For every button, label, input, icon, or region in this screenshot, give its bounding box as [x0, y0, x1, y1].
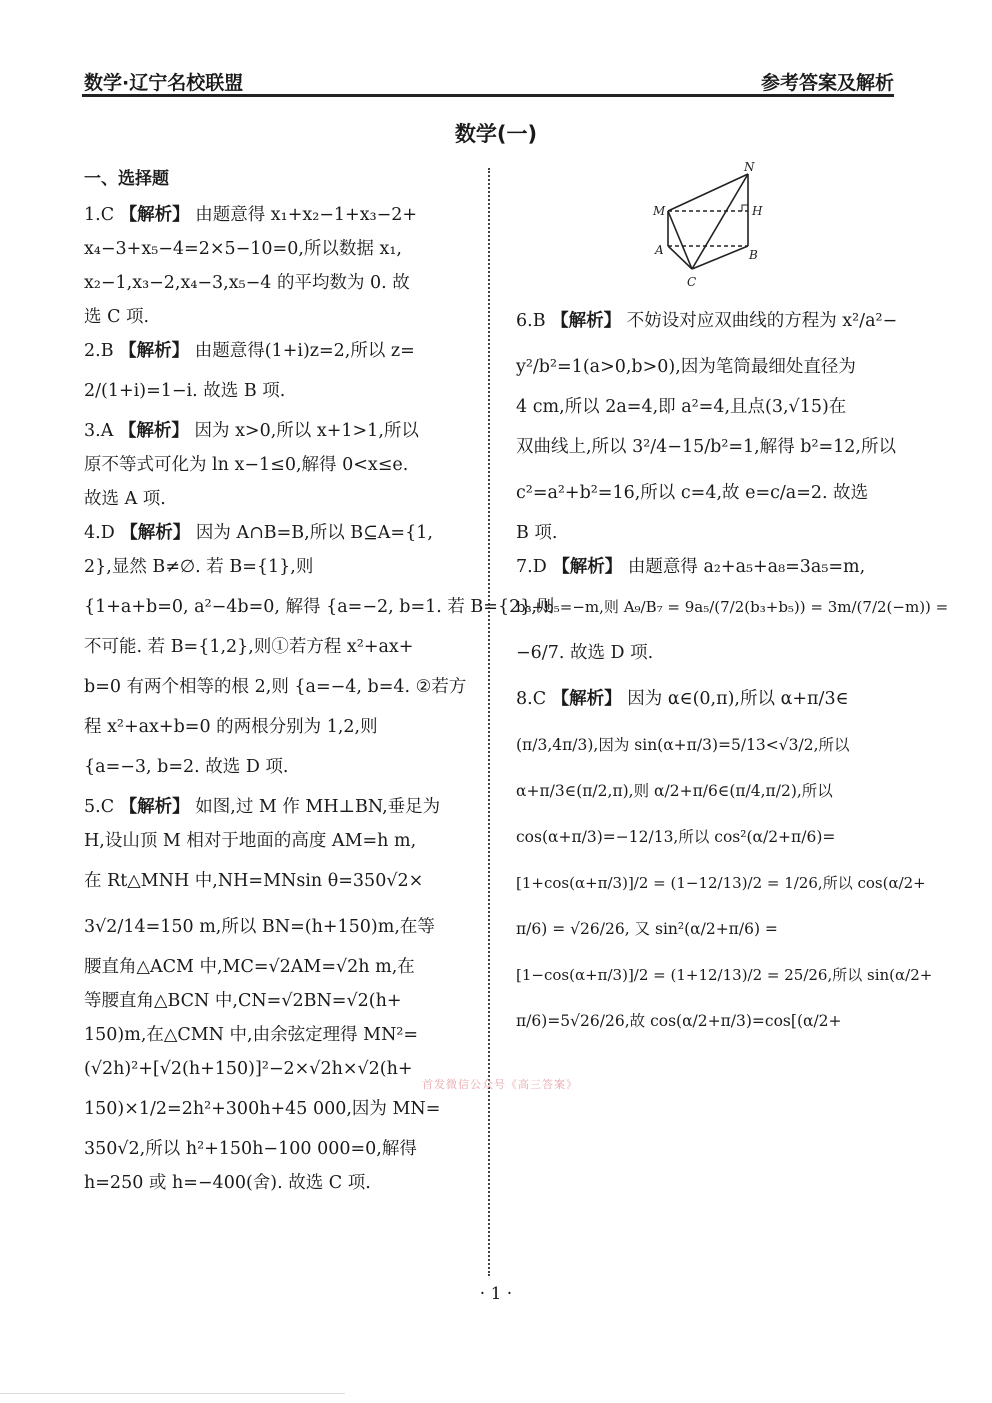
item-number: 8.: [516, 689, 533, 709]
label-m: M: [652, 204, 666, 218]
item-text: −6/7. 故选 D 项.: [538, 630, 894, 676]
item-text: [1−cos(α+π/3)]/2 = (1+12/13)/2 = 25/26,所…: [538, 952, 894, 998]
answer-item-2: 2.B 【解析】 由题意得(1+i)z=2,所以 z= 2/(1+i)=1−i.…: [84, 334, 482, 414]
footer-rule: [0, 1393, 345, 1394]
item-text: 故选 A 项.: [106, 482, 482, 516]
analysis-tag: 【解析】: [120, 797, 190, 817]
item-text: 2},显然 B≠∅. 若 B={1},则: [106, 550, 482, 584]
item-text: π/6)=5√26/26,故 cos(α/2+π/3)=cos[(α/2+: [538, 998, 894, 1044]
analysis-tag: 【解析】: [120, 205, 190, 225]
item-answer: C: [101, 797, 114, 817]
item-text: b=0 有两个相等的根 2,则 {a=−4, b=4. ②若方: [106, 664, 482, 710]
item-answer: C: [533, 689, 546, 709]
item-text: 因为 A∩B=B,所以 B⊆A={1,: [196, 523, 433, 543]
item-text: 不妨设对应双曲线的方程为 x²/a²−: [627, 311, 897, 331]
item-answer: D: [101, 523, 115, 543]
section-heading: 一、选择题: [84, 162, 482, 196]
right-column: N M H A B C 6.B 【解析】 不妨设对应双曲线的方程为 x²/a²−…: [516, 162, 894, 1044]
item-text: 双曲线上,所以 3²/4−15/b²=1,解得 b²=12,所以: [538, 424, 894, 470]
answer-item-3: 3.A 【解析】 因为 x>0,所以 x+1>1,所以 原不等式可化为 ln x…: [84, 414, 482, 516]
item-answer: B: [533, 311, 546, 331]
label-a: A: [654, 243, 664, 257]
item-number: 5.: [84, 797, 101, 817]
left-column: 一、选择题 1.C 【解析】 由题意得 x₁+x₂−1+x₃−2+ x₄−3+x…: [84, 162, 482, 1200]
item-text: (π/3,4π/3),因为 sin(α+π/3)=5/13<√3/2,所以: [538, 722, 894, 768]
item-text: 因为 x>0,所以 x+1>1,所以: [195, 421, 419, 441]
item-text: 350√2,所以 h²+150h−100 000=0,解得: [106, 1132, 482, 1166]
answer-item-4: 4.D 【解析】 因为 A∩B=B,所以 B⊆A={1, 2},显然 B≠∅. …: [84, 516, 482, 790]
item-number: 3.: [84, 421, 101, 441]
analysis-tag: 【解析】: [119, 421, 189, 441]
analysis-tag: 【解析】: [551, 311, 621, 331]
item-text: 选 C 项.: [106, 300, 482, 334]
answer-item-8: 8.C 【解析】 因为 α∈(0,π),所以 α+π/3∈ (π/3,4π/3)…: [516, 676, 894, 1044]
answer-item-7: 7.D 【解析】 由题意得 a₂+a₅+a₈=3a₅=m, b₃+b₅=−m,则…: [516, 550, 894, 676]
item-text: y²/b²=1(a>0,b>0),因为笔筒最细处直径为: [538, 344, 894, 390]
analysis-tag: 【解析】: [552, 557, 622, 577]
item-text: 等腰直角△BCN 中,CN=√2BN=√2(h+: [106, 984, 482, 1018]
item-text: h=250 或 h=−400(舍). 故选 C 项.: [106, 1166, 482, 1200]
item-text: cos(α+π/3)=−12/13,所以 cos²(α/2+π/6)=: [538, 814, 894, 860]
item-answer: C: [101, 205, 114, 225]
item-answer: A: [101, 421, 114, 441]
item-text: π/6) = √26/26, 又 sin²(α/2+π/6) =: [538, 906, 894, 952]
item-text: x₄−3+x₅−4=2×5−10=0,所以数据 x₁,: [106, 232, 482, 266]
page-title: 数学(一): [0, 118, 992, 148]
item-text: b₃+b₅=−m,则 A₉/B₇ = 9a₅/(7/2(b₃+b₅)) = 3m…: [538, 584, 894, 630]
item-number: 4.: [84, 523, 101, 543]
item-text: 因为 α∈(0,π),所以 α+π/3∈: [627, 689, 848, 709]
analysis-tag: 【解析】: [120, 523, 190, 543]
item-text: H,设山顶 M 相对于地面的高度 AM=h m,: [106, 824, 482, 858]
item-text: 腰直角△ACM 中,MC=√2AM=√2h m,在: [106, 950, 482, 984]
item-text: B 项.: [538, 516, 894, 550]
item-text: 150)m,在△CMN 中,由余弦定理得 MN²=: [106, 1018, 482, 1052]
item-text: {1+a+b=0, a²−4b=0, 解得 {a=−2, b=1. 若 B={2…: [106, 584, 482, 630]
header-left: 数学·辽宁名校联盟: [84, 68, 243, 95]
page-number: · 1 ·: [0, 1284, 992, 1304]
answer-item-6: 6.B 【解析】 不妨设对应双曲线的方程为 x²/a²− y²/b²=1(a>0…: [516, 298, 894, 550]
watermark: 首发微信公众号《高三答案》: [422, 1076, 578, 1092]
item-text: c²=a²+b²=16,所以 c=4,故 e=c/a=2. 故选: [538, 470, 894, 516]
item-text: {a=−3, b=2. 故选 D 项.: [106, 744, 482, 790]
header-right: 参考答案及解析: [761, 68, 894, 95]
item-text: 在 Rt△MNH 中,NH=MNsin θ=350√2×: [106, 858, 482, 904]
label-n: N: [743, 162, 755, 174]
item-answer: B: [101, 341, 114, 361]
item-text: 4 cm,所以 2a=4,即 a²=4,且点(3,√15)在: [538, 390, 894, 424]
analysis-tag: 【解析】: [119, 341, 189, 361]
answer-item-1: 1.C 【解析】 由题意得 x₁+x₂−1+x₃−2+ x₄−3+x₅−4=2×…: [84, 198, 482, 334]
item-number: 6.: [516, 311, 533, 331]
item-answer: D: [533, 557, 547, 577]
item-text: 由题意得(1+i)z=2,所以 z=: [195, 341, 415, 361]
item-text: α+π/3∈(π/2,π),则 α/2+π/6∈(π/4,π/2),所以: [538, 768, 894, 814]
item-text: [1+cos(α+π/3)]/2 = (1−12/13)/2 = 1/26,所以…: [538, 860, 894, 906]
item-text: 如图,过 M 作 MH⊥BN,垂足为: [195, 797, 440, 817]
item-text: 由题意得 x₁+x₂−1+x₃−2+: [195, 205, 417, 225]
item-text: 由题意得 a₂+a₅+a₈=3a₅=m,: [628, 557, 865, 577]
label-c: C: [687, 275, 696, 289]
item-number: 7.: [516, 557, 533, 577]
item-text: 程 x²+ax+b=0 的两根分别为 1,2,则: [106, 710, 482, 744]
item-text: 不可能. 若 B={1,2},则①若方程 x²+ax+: [106, 630, 482, 664]
item-text: 3√2/14=150 m,所以 BN=(h+150)m,在等: [106, 904, 482, 950]
label-b: B: [748, 248, 758, 262]
answer-item-5: 5.C 【解析】 如图,过 M 作 MH⊥BN,垂足为 H,设山顶 M 相对于地…: [84, 790, 482, 1200]
item-number: 1.: [84, 205, 101, 225]
analysis-tag: 【解析】: [552, 689, 622, 709]
item-text: 2/(1+i)=1−i. 故选 B 项.: [106, 368, 482, 414]
geometry-figure: N M H A B C: [635, 162, 775, 292]
column-divider: [488, 168, 490, 1276]
item-text: 150)×1/2=2h²+300h+45 000,因为 MN=: [106, 1086, 482, 1132]
item-text: x₂−1,x₃−2,x₄−3,x₅−4 的平均数为 0. 故: [106, 266, 482, 300]
label-h: H: [751, 204, 763, 218]
item-number: 2.: [84, 341, 101, 361]
item-text: 原不等式可化为 ln x−1≤0,解得 0<x≤e.: [106, 448, 482, 482]
page-header: 数学·辽宁名校联盟 参考答案及解析: [82, 68, 894, 97]
